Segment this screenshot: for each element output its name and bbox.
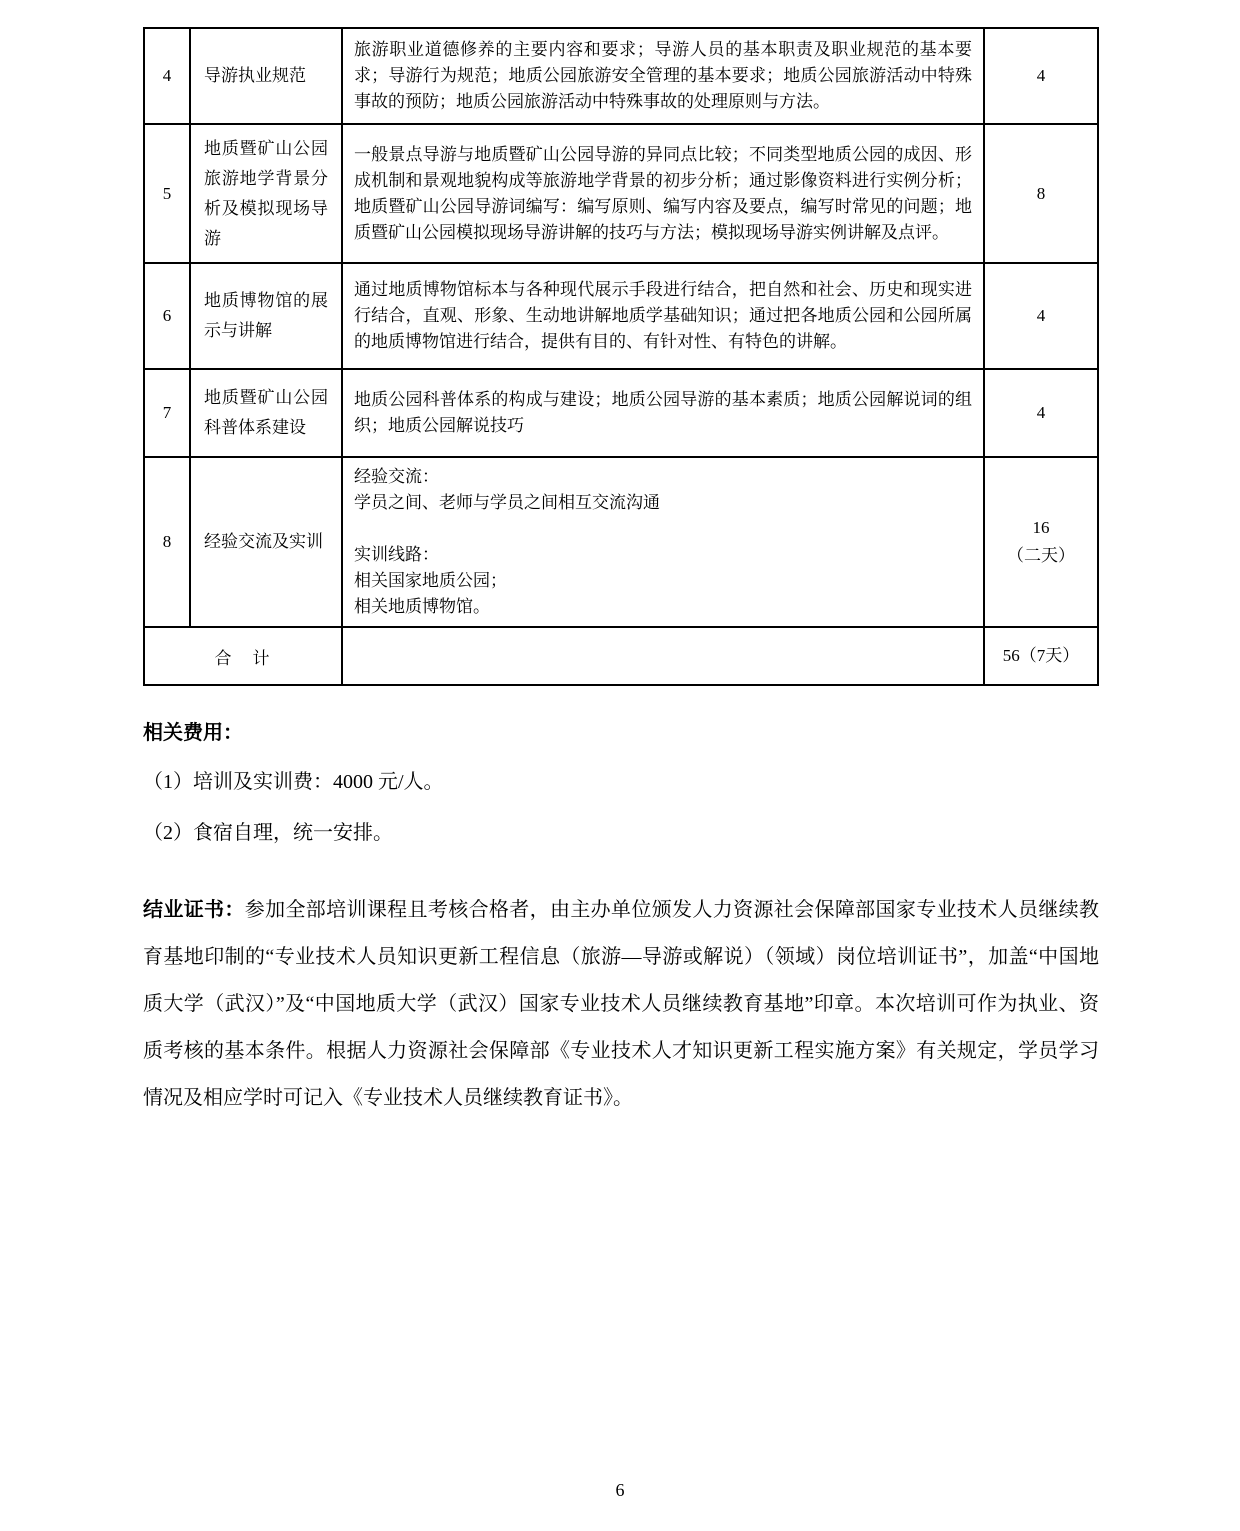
page-content: 4 导游执业规范 旅游职业道德修养的主要内容和要求；导游人员的基本职责及职业规范… bbox=[143, 27, 1099, 1122]
fee-item-2: （2）食宿自理，统一安排。 bbox=[143, 819, 1099, 847]
table-row: 6 地质博物馆的展示与讲解 通过地质博物馆标本与各种现代展示手段进行结合，把自然… bbox=[144, 263, 1098, 369]
course-name: 经验交流及实训 bbox=[190, 457, 342, 627]
row-number: 5 bbox=[144, 124, 190, 263]
course-name: 地质暨矿山公园科普体系建设 bbox=[190, 369, 342, 457]
table-row: 7 地质暨矿山公园科普体系建设 地质公园科普体系的构成与建设；地质公园导游的基本… bbox=[144, 369, 1098, 457]
certificate-body: 参加全部培训课程且考核合格者，由主办单位颁发人力资源社会保障部国家专业技术人员继… bbox=[143, 899, 1099, 1109]
course-content: 经验交流： 学员之间、老师与学员之间相互交流沟通 实训线路： 相关国家地质公园；… bbox=[342, 457, 984, 627]
certificate-lead: 结业证书： bbox=[143, 899, 245, 921]
course-name: 导游执业规范 bbox=[190, 28, 342, 124]
total-hours: 56（7天） bbox=[984, 627, 1098, 685]
table-row: 4 导游执业规范 旅游职业道德修养的主要内容和要求；导游人员的基本职责及职业规范… bbox=[144, 28, 1098, 124]
course-hours: 4 bbox=[984, 369, 1098, 457]
row-number: 7 bbox=[144, 369, 190, 457]
table-total-row: 合 计 56（7天） bbox=[144, 627, 1098, 685]
course-content: 地质公园科普体系的构成与建设；地质公园导游的基本素质；地质公园解说词的组织；地质… bbox=[342, 369, 984, 457]
course-content: 通过地质博物馆标本与各种现代展示手段进行结合，把自然和社会、历史和现实进行结合，… bbox=[342, 263, 984, 369]
course-content: 旅游职业道德修养的主要内容和要求；导游人员的基本职责及职业规范的基本要求；导游行… bbox=[342, 28, 984, 124]
certificate-paragraph: 结业证书：参加全部培训课程且考核合格者，由主办单位颁发人力资源社会保障部国家专业… bbox=[143, 887, 1099, 1122]
course-content: 一般景点导游与地质暨矿山公园导游的异同点比较；不同类型地质公园的成因、形成机制和… bbox=[342, 124, 984, 263]
fees-heading: 相关费用： bbox=[143, 716, 1099, 745]
total-content-empty bbox=[342, 627, 984, 685]
course-table: 4 导游执业规范 旅游职业道德修养的主要内容和要求；导游人员的基本职责及职业规范… bbox=[143, 27, 1099, 686]
total-label: 合 计 bbox=[144, 627, 342, 685]
course-hours: 4 bbox=[984, 263, 1098, 369]
row-number: 6 bbox=[144, 263, 190, 369]
course-name: 地质暨矿山公园旅游地学背景分析及模拟现场导游 bbox=[190, 124, 342, 263]
course-hours: 16 （二天） bbox=[984, 457, 1098, 627]
row-number: 8 bbox=[144, 457, 190, 627]
course-hours: 4 bbox=[984, 28, 1098, 124]
course-name: 地质博物馆的展示与讲解 bbox=[190, 263, 342, 369]
course-hours: 8 bbox=[984, 124, 1098, 263]
document-page: 4 导游执业规范 旅游职业道德修养的主要内容和要求；导游人员的基本职责及职业规范… bbox=[0, 0, 1240, 1531]
table-row: 5 地质暨矿山公园旅游地学背景分析及模拟现场导游 一般景点导游与地质暨矿山公园导… bbox=[144, 124, 1098, 263]
page-number: 6 bbox=[0, 1480, 1240, 1501]
row-number: 4 bbox=[144, 28, 190, 124]
fee-item-1: （1）培训及实训费：4000 元/人。 bbox=[143, 768, 1099, 796]
table-row: 8 经验交流及实训 经验交流： 学员之间、老师与学员之间相互交流沟通 实训线路：… bbox=[144, 457, 1098, 627]
